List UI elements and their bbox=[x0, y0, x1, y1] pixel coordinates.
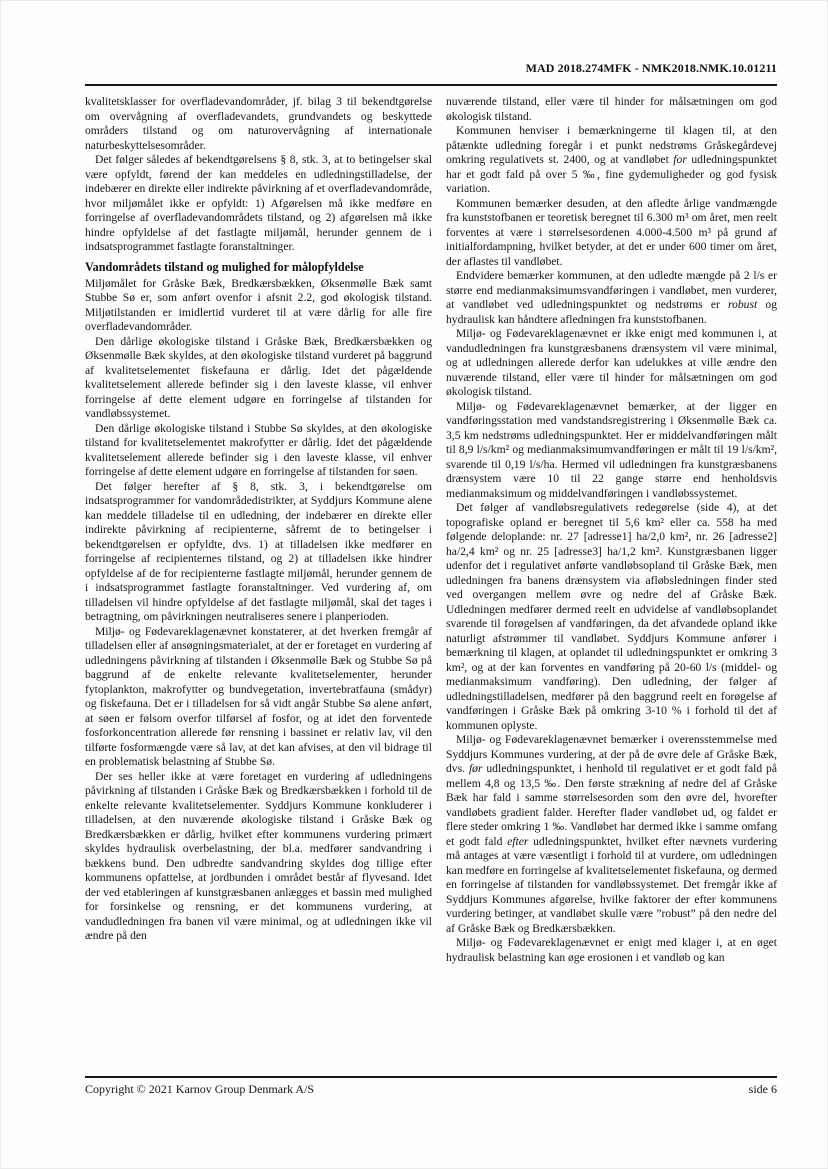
copyright-text: Copyright © 2021 Karnov Group Denmark A/… bbox=[85, 1082, 314, 1097]
emphasized-text: før bbox=[469, 762, 483, 775]
paragraph: Kommunen bemærker desuden, at den afledt… bbox=[446, 197, 777, 270]
paragraph: Miljø- og Fødevareklagenævnet bemærker i… bbox=[446, 733, 777, 936]
emphasized-text: robust bbox=[728, 298, 757, 311]
paragraph: nuværende tilstand, eller være til hinde… bbox=[446, 95, 777, 124]
paragraph: Den dårlige økologiske tilstand i Stubbe… bbox=[85, 422, 432, 480]
paragraph: Endvidere bemærker kommunen, at den udle… bbox=[446, 269, 777, 327]
document-body: kvalitetsklasser for overfladevandområde… bbox=[85, 95, 777, 1075]
paragraph: Miljø- og Fødevareklagenævnet konstatere… bbox=[85, 625, 432, 770]
paragraph: Miljø- og Fødevareklagenævnet bemærker, … bbox=[446, 400, 777, 502]
paragraph: Det følger således af bekendtgørelsens §… bbox=[85, 153, 432, 255]
page-footer: Copyright © 2021 Karnov Group Denmark A/… bbox=[85, 1082, 777, 1097]
paragraph: Det følger herefter af § 8, stk. 3, i be… bbox=[85, 480, 432, 625]
right-column: nuværende tilstand, eller være til hinde… bbox=[446, 95, 777, 1075]
paragraph: Miljømålet for Gråske Bæk, Bredkærsbække… bbox=[85, 277, 432, 335]
section-heading: Vandområdets tilstand og mulighed for må… bbox=[85, 260, 432, 275]
paragraph: Miljø- og Fødevareklagenævnet er ikke en… bbox=[446, 327, 777, 400]
paragraph: Det følger af vandløbsregulativets redeg… bbox=[446, 501, 777, 733]
document-reference: MAD 2018.274MFK - NMK2018.NMK.10.01211 bbox=[526, 61, 777, 75]
paragraph: kvalitetsklasser for overfladevandområde… bbox=[85, 95, 432, 153]
left-column: kvalitetsklasser for overfladevandområde… bbox=[85, 95, 432, 1075]
paragraph: Miljø- og Fødevareklagenævnet er enigt m… bbox=[446, 936, 777, 965]
page-number: side 6 bbox=[749, 1082, 777, 1097]
document-page: MAD 2018.274MFK - NMK2018.NMK.10.01211 k… bbox=[0, 0, 828, 1169]
emphasized-text: for bbox=[673, 153, 687, 166]
footer-rule bbox=[85, 1076, 777, 1078]
paragraph: Den dårlige økologiske tilstand i Gråske… bbox=[85, 335, 432, 422]
emphasized-text: efter bbox=[507, 835, 528, 848]
paragraph: Kommunen henviser i bemærkningerne til k… bbox=[446, 124, 777, 197]
paragraph: Der ses heller ikke at være foretaget en… bbox=[85, 770, 432, 944]
page-header: MAD 2018.274MFK - NMK2018.NMK.10.01211 bbox=[85, 61, 777, 76]
header-rule bbox=[85, 84, 777, 86]
